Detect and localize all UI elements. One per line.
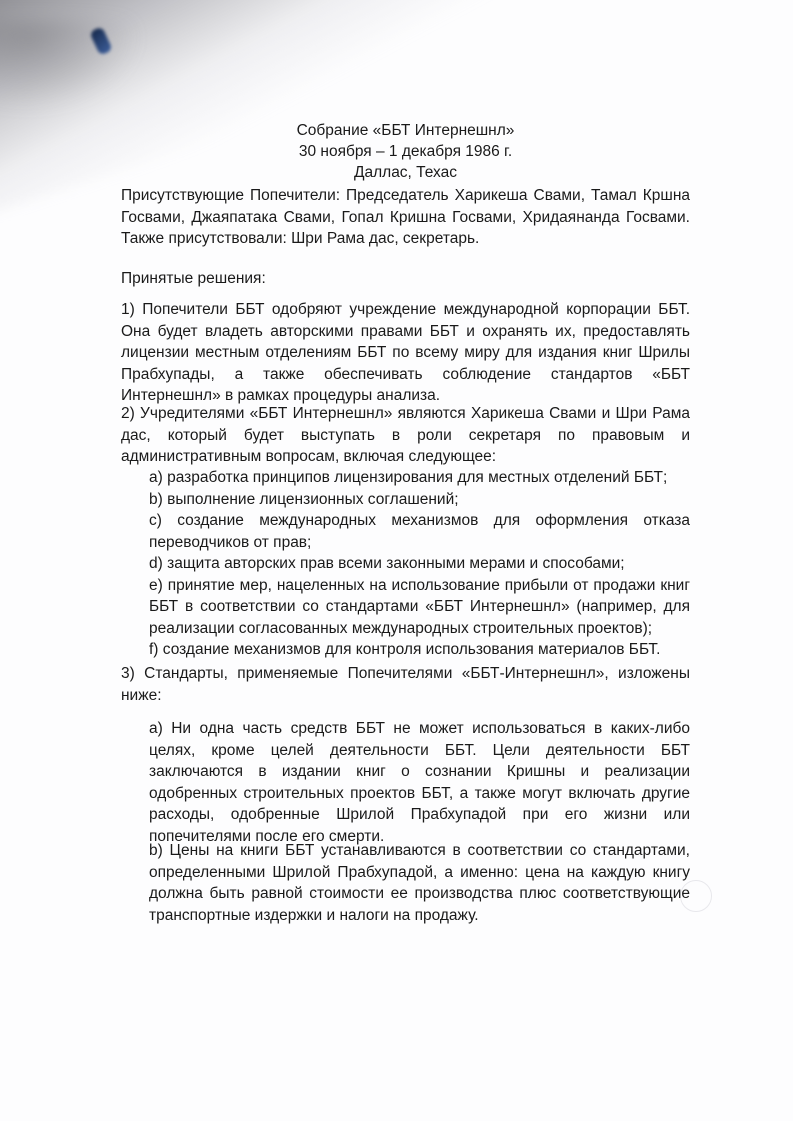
list-item: c) создание международных механизмов для… xyxy=(149,510,690,553)
scan-shadow-corner xyxy=(0,20,140,110)
resolution-2-list: a) разработка принципов лицензирования д… xyxy=(149,467,690,661)
attendees-paragraph: Присутствующие Попечители: Председатель … xyxy=(121,185,690,250)
list-item: f) создание механизмов для контроля испо… xyxy=(149,639,690,661)
list-item: a) разработка принципов лицензирования д… xyxy=(149,467,690,489)
list-item: e) принятие мер, нацеленных на использов… xyxy=(149,575,690,640)
document-dates: 30 ноября – 1 декабря 1986 г. xyxy=(121,141,690,162)
document-location: Даллас, Техас xyxy=(121,162,690,183)
document-title: Собрание «ББТ Интернешнл» xyxy=(121,120,690,141)
document-header: Собрание «ББТ Интернешнл» 30 ноября – 1 … xyxy=(121,120,690,183)
standard-a: a) Ни одна часть средств ББТ не может ис… xyxy=(149,718,690,847)
resolution-2: 2) Учредителями «ББТ Интернешнл» являютс… xyxy=(121,403,690,468)
list-item: d) защита авторских прав всеми законными… xyxy=(149,553,690,575)
resolutions-heading: Принятые решения: xyxy=(121,268,690,290)
standard-b: b) Цены на книги ББТ устанавливаются в с… xyxy=(149,840,690,926)
resolution-3: 3) Стандарты, применяемые Попечителями «… xyxy=(121,663,690,706)
list-item: b) выполнение лицензионных соглашений; xyxy=(149,489,690,511)
resolution-1: 1) Попечители ББТ одобряют учреждение ме… xyxy=(121,299,690,407)
